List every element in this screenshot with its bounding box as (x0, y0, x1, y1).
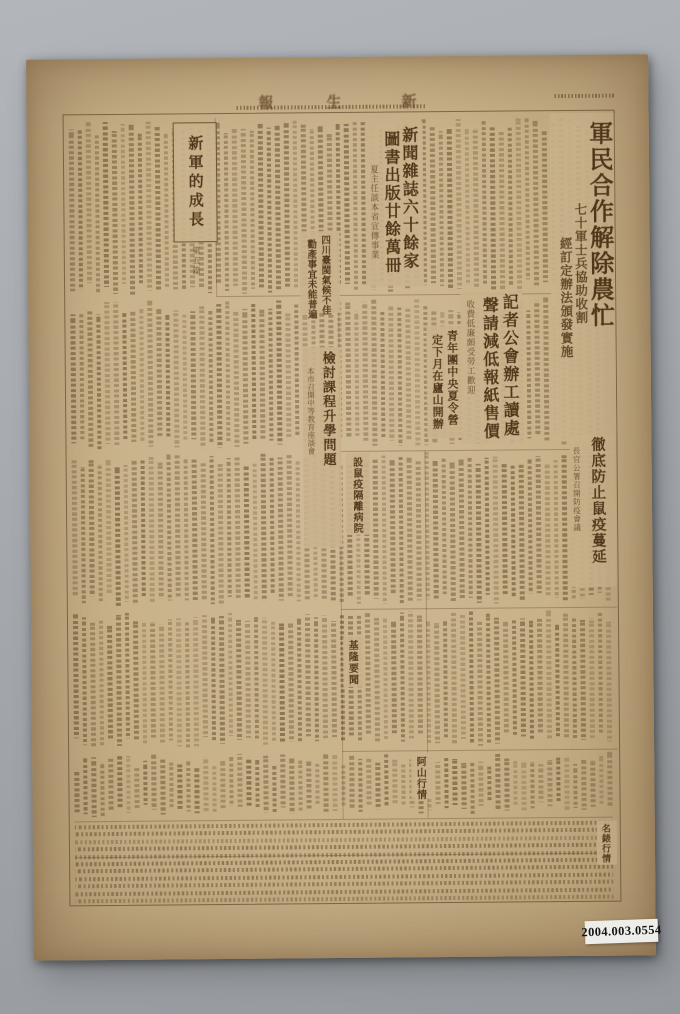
headline-isolation: 設鼠疫隔離病院 (351, 457, 362, 534)
headline-market-a: 阿山行情 (414, 756, 424, 800)
headline-keelung: 基隆要聞 (346, 640, 356, 686)
headline-feature-title: 新軍的成長 (187, 135, 203, 230)
headline-market-b: 名錶行情 (600, 824, 609, 864)
headline-plague-sub: 長官公署召開防疫會議 (572, 447, 580, 532)
headline-climate-2: 勸產事宜未能普遍 (306, 239, 316, 319)
masthead-char-middle: 生 (326, 91, 341, 112)
headline-youth-2: 定下月在廬山開辦 (431, 334, 443, 430)
headline-lead-sub2: 經訂定辦法頒發實施 (559, 237, 573, 359)
headline-publishing-2: 圖書出版廿餘萬冊 (383, 130, 400, 274)
masthead-char-right: 新 (401, 90, 416, 111)
headline-climate-1: 四川臺閩氣候不佳 (320, 235, 330, 315)
headline-plague-main: 徹底防止鼠疫蔓延 (589, 437, 605, 565)
catalog-number: 2004.003.0554 (581, 923, 662, 941)
headline-lead-main: 軍民合作解除農忙 (587, 121, 613, 329)
headline-youth-1: 青年團中央夏令營 (446, 330, 458, 426)
headline-press-1: 記者公會辦工讀處 (501, 293, 518, 437)
headline-feature-subtitle: 第五篇 (192, 246, 200, 276)
newspaper-sheet: 新 生 報 軍民合作解除農忙 七十軍士兵協助收割 經訂定辦法頒發實施 新軍的成長… (26, 54, 656, 960)
headline-publishing-1: 新聞雜誌六十餘家 (401, 126, 418, 270)
photo-backdrop: { "catalog_label": { "number": "2004.003… (0, 0, 680, 1014)
feature-box: 新軍的成長 (173, 122, 218, 242)
edition-microtext (554, 94, 614, 99)
masthead-char-left: 報 (258, 92, 273, 113)
headline-lead-sub1: 七十軍士兵協助收割 (573, 203, 587, 325)
headline-press-2: 聲請減低報紙售價 (481, 297, 498, 441)
catalog-label: 2004.003.0554 (585, 919, 659, 945)
headline-press-sub: 收費低廉頗受勞工歡迎 (465, 300, 474, 395)
headline-publishing-sub: 夏主任談本省宣傳事業 (369, 165, 378, 260)
headline-education-main: 檢討課程升學問題 (321, 351, 335, 467)
headline-education-sub: 本市召開中等教育座談會 (307, 367, 315, 455)
